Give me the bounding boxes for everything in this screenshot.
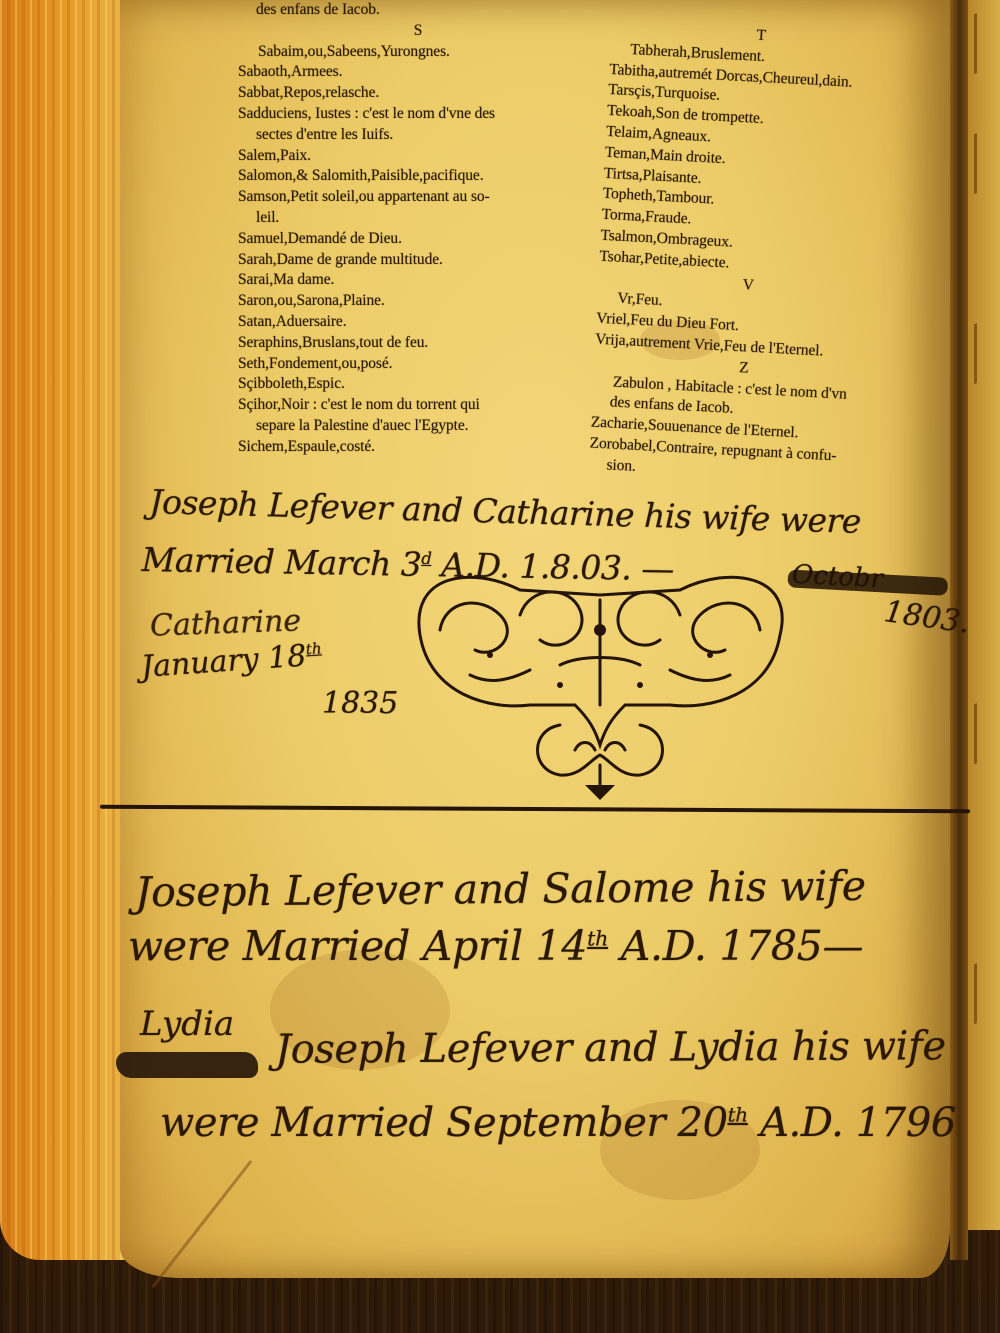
facing-page-handwriting [974, 696, 997, 764]
glossary-entry: Sarah,Dame de grande multitude. [238, 250, 618, 271]
glossary-entry: Sçibboleth,Espic. [238, 374, 618, 395]
glossary-entry: des enfans de Iacob. [238, 0, 618, 21]
record-1785-date-prefix: were Married April 14 [128, 922, 587, 970]
record-1796-date-prefix: were Married September 20 [160, 1100, 728, 1146]
handwritten-record-1796-line2: were Married September 20th A.D. 1796 [160, 1100, 956, 1146]
handwritten-record-1785-line2: were Married April 14th A.D. 1785— [128, 922, 863, 970]
glossary-entry: Sichem,Espaule,costé. [238, 437, 618, 458]
glossary-entry: Seth,Fondement,ou,posé. [238, 354, 618, 375]
record-1803-date-sup: d [421, 549, 431, 568]
glossary-entry: separe la Palestine d'auec l'Egypte. [238, 416, 618, 437]
record-1796-date-sup: th [728, 1103, 748, 1127]
record-1803-date-suffix: A.D. 1.8.03. — [431, 545, 674, 588]
glossary-entry: sectes d'entre les Iuifs. [238, 125, 618, 146]
section-letter: S [238, 21, 598, 42]
facing-page-sliver [968, 0, 1000, 1230]
glossary-entry: Sadduciens, Iustes : c'est le nom d'vne … [238, 104, 618, 125]
glossary-entry: Saron,ou,Sarona,Plaine. [238, 291, 618, 312]
glossary-entry: Samson,Petit soleil,ou appartenant au so… [238, 187, 618, 208]
fleuron-ornament-icon [410, 555, 790, 800]
death-note-day: 18 [267, 638, 308, 676]
facing-page-handwriting [974, 126, 997, 194]
death-note-day-sup: th [305, 639, 322, 658]
ink-blot [116, 1052, 258, 1078]
record-1796-date-suffix: A.D. 1796 [748, 1100, 956, 1146]
facing-page-handwriting [974, 956, 997, 1024]
glossary-column-right: TTabherah,Bruslement.Tabitha,autremét Do… [588, 18, 932, 492]
blotted-label: Lydia [140, 1004, 234, 1044]
facing-page-handwriting [974, 6, 997, 74]
handwritten-record-1785-line1: Joseph Lefever and Salome his wife [135, 862, 866, 916]
record-1785-date-suffix: A.D. 1785— [608, 922, 863, 970]
struck-out-text: Octobr [791, 560, 884, 595]
glossary-entry: Seraphins,Bruslans,tout de feu. [238, 333, 618, 354]
handwritten-record-1796-line1: Joseph Lefever and Lydia his wife [275, 1023, 946, 1073]
glossary-entry: leil. [238, 208, 618, 229]
glossary-entry: Sçihor,Noir : c'est le nom du torrent qu… [238, 395, 618, 416]
glossary-column-left: des enfans de Iacob.SSabaim,ou,Sabeens,Y… [238, 0, 618, 458]
glossary-entry: Samuel,Demandé de Dieu. [238, 229, 618, 250]
glossary-entry: Sabaoth,Armees. [238, 62, 618, 83]
glossary-entry: Salem,Paix. [238, 146, 618, 167]
glossary-entry: Sarai,Ma dame. [238, 270, 618, 291]
glossary-entry: Salomon,& Salomith,Paisible,pacifique. [238, 166, 618, 187]
record-1803-date-prefix: Married March 3 [141, 540, 421, 584]
glossary-entry: Sabaim,ou,Sabeens,Yurongnes. [238, 42, 618, 63]
glossary-entry: Sabbat,Repos,relasche. [238, 83, 618, 104]
facing-page-handwriting [974, 316, 997, 384]
death-note-name: Catharine [149, 603, 301, 643]
record-1785-date-sup: th [587, 926, 608, 950]
glossary-entry: Satan,Aduersaire. [238, 312, 618, 333]
death-note-year: 1835 [322, 686, 398, 721]
